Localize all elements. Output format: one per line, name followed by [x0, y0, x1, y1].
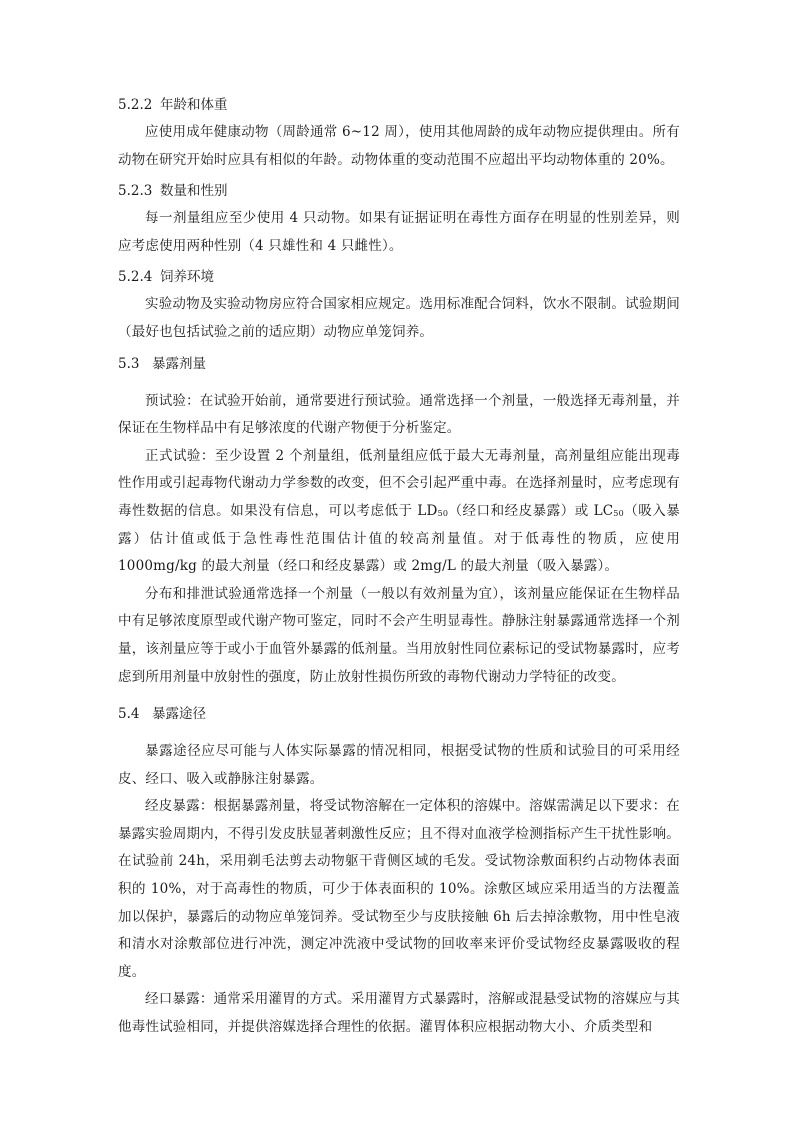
section-title: 数量和性别 — [160, 183, 228, 199]
paragraph-formal-test: 正式试验：至少设置 2 个剂量组，低剂量组应低于最大无毒剂量，高剂量组应能出现毒… — [118, 443, 680, 581]
paragraph-oral-exposure: 经口暴露：通常采用灌胃的方式。采用灌胃方式暴露时，溶解或混悬受试物的溶媒应与其他… — [118, 986, 680, 1041]
section-title: 暴露剂量 — [152, 356, 206, 372]
section-number: 5.4 — [118, 701, 152, 728]
section-heading-5-2-2: 5.2.2年龄和体重 — [118, 92, 680, 119]
section-heading-5-2-3: 5.2.3数量和性别 — [118, 178, 680, 205]
section-title: 暴露途径 — [152, 706, 206, 722]
section-title: 饲养环境 — [160, 269, 214, 285]
section-heading-5-2-4: 5.2.4饲养环境 — [118, 264, 680, 291]
paragraph-exposure-route: 暴露途径应尽可能与人体实际暴露的情况相同，根据受试物的性质和试验目的可采用经皮、… — [118, 738, 680, 793]
paragraph-pretest: 预试验：在试验开始前，通常要进行预试验。通常选择一个剂量，一般选择无毒剂量，并保… — [118, 388, 680, 443]
section-heading-5-3: 5.3暴露剂量 — [118, 351, 680, 378]
section-heading-5-4: 5.4暴露途径 — [118, 701, 680, 728]
paragraph-distribution-excretion: 分布和排泄试验通常选择一个剂量（一般以有效剂量为宜），该剂量应能保证在生物样品中… — [118, 581, 680, 691]
section-number: 5.3 — [118, 351, 152, 378]
paragraph-housing: 实验动物及实验动物房应符合国家相应规定。选用标准配合饲料，饮水不限制。试验期间（… — [118, 291, 680, 346]
document-page: 5.2.2年龄和体重 应使用成年健康动物（周龄通常 6~12 周），使用其他周龄… — [118, 92, 680, 1042]
section-title: 年龄和体重 — [160, 97, 228, 113]
paragraph-number-sex: 每一剂量组应至少使用 4 只动物。如果有证据证明在毒性方面存在明显的性别差异，则… — [118, 205, 680, 260]
section-number: 5.2.4 — [118, 264, 160, 291]
paragraph-age-weight: 应使用成年健康动物（周龄通常 6~12 周），使用其他周龄的成年动物应提供理由。… — [118, 119, 680, 174]
section-number: 5.2.2 — [118, 92, 160, 119]
section-number: 5.2.3 — [118, 178, 160, 205]
paragraph-dermal-exposure: 经皮暴露：根据暴露剂量，将受试物溶解在一定体积的溶媒中。溶媒需满足以下要求：在暴… — [118, 793, 680, 986]
